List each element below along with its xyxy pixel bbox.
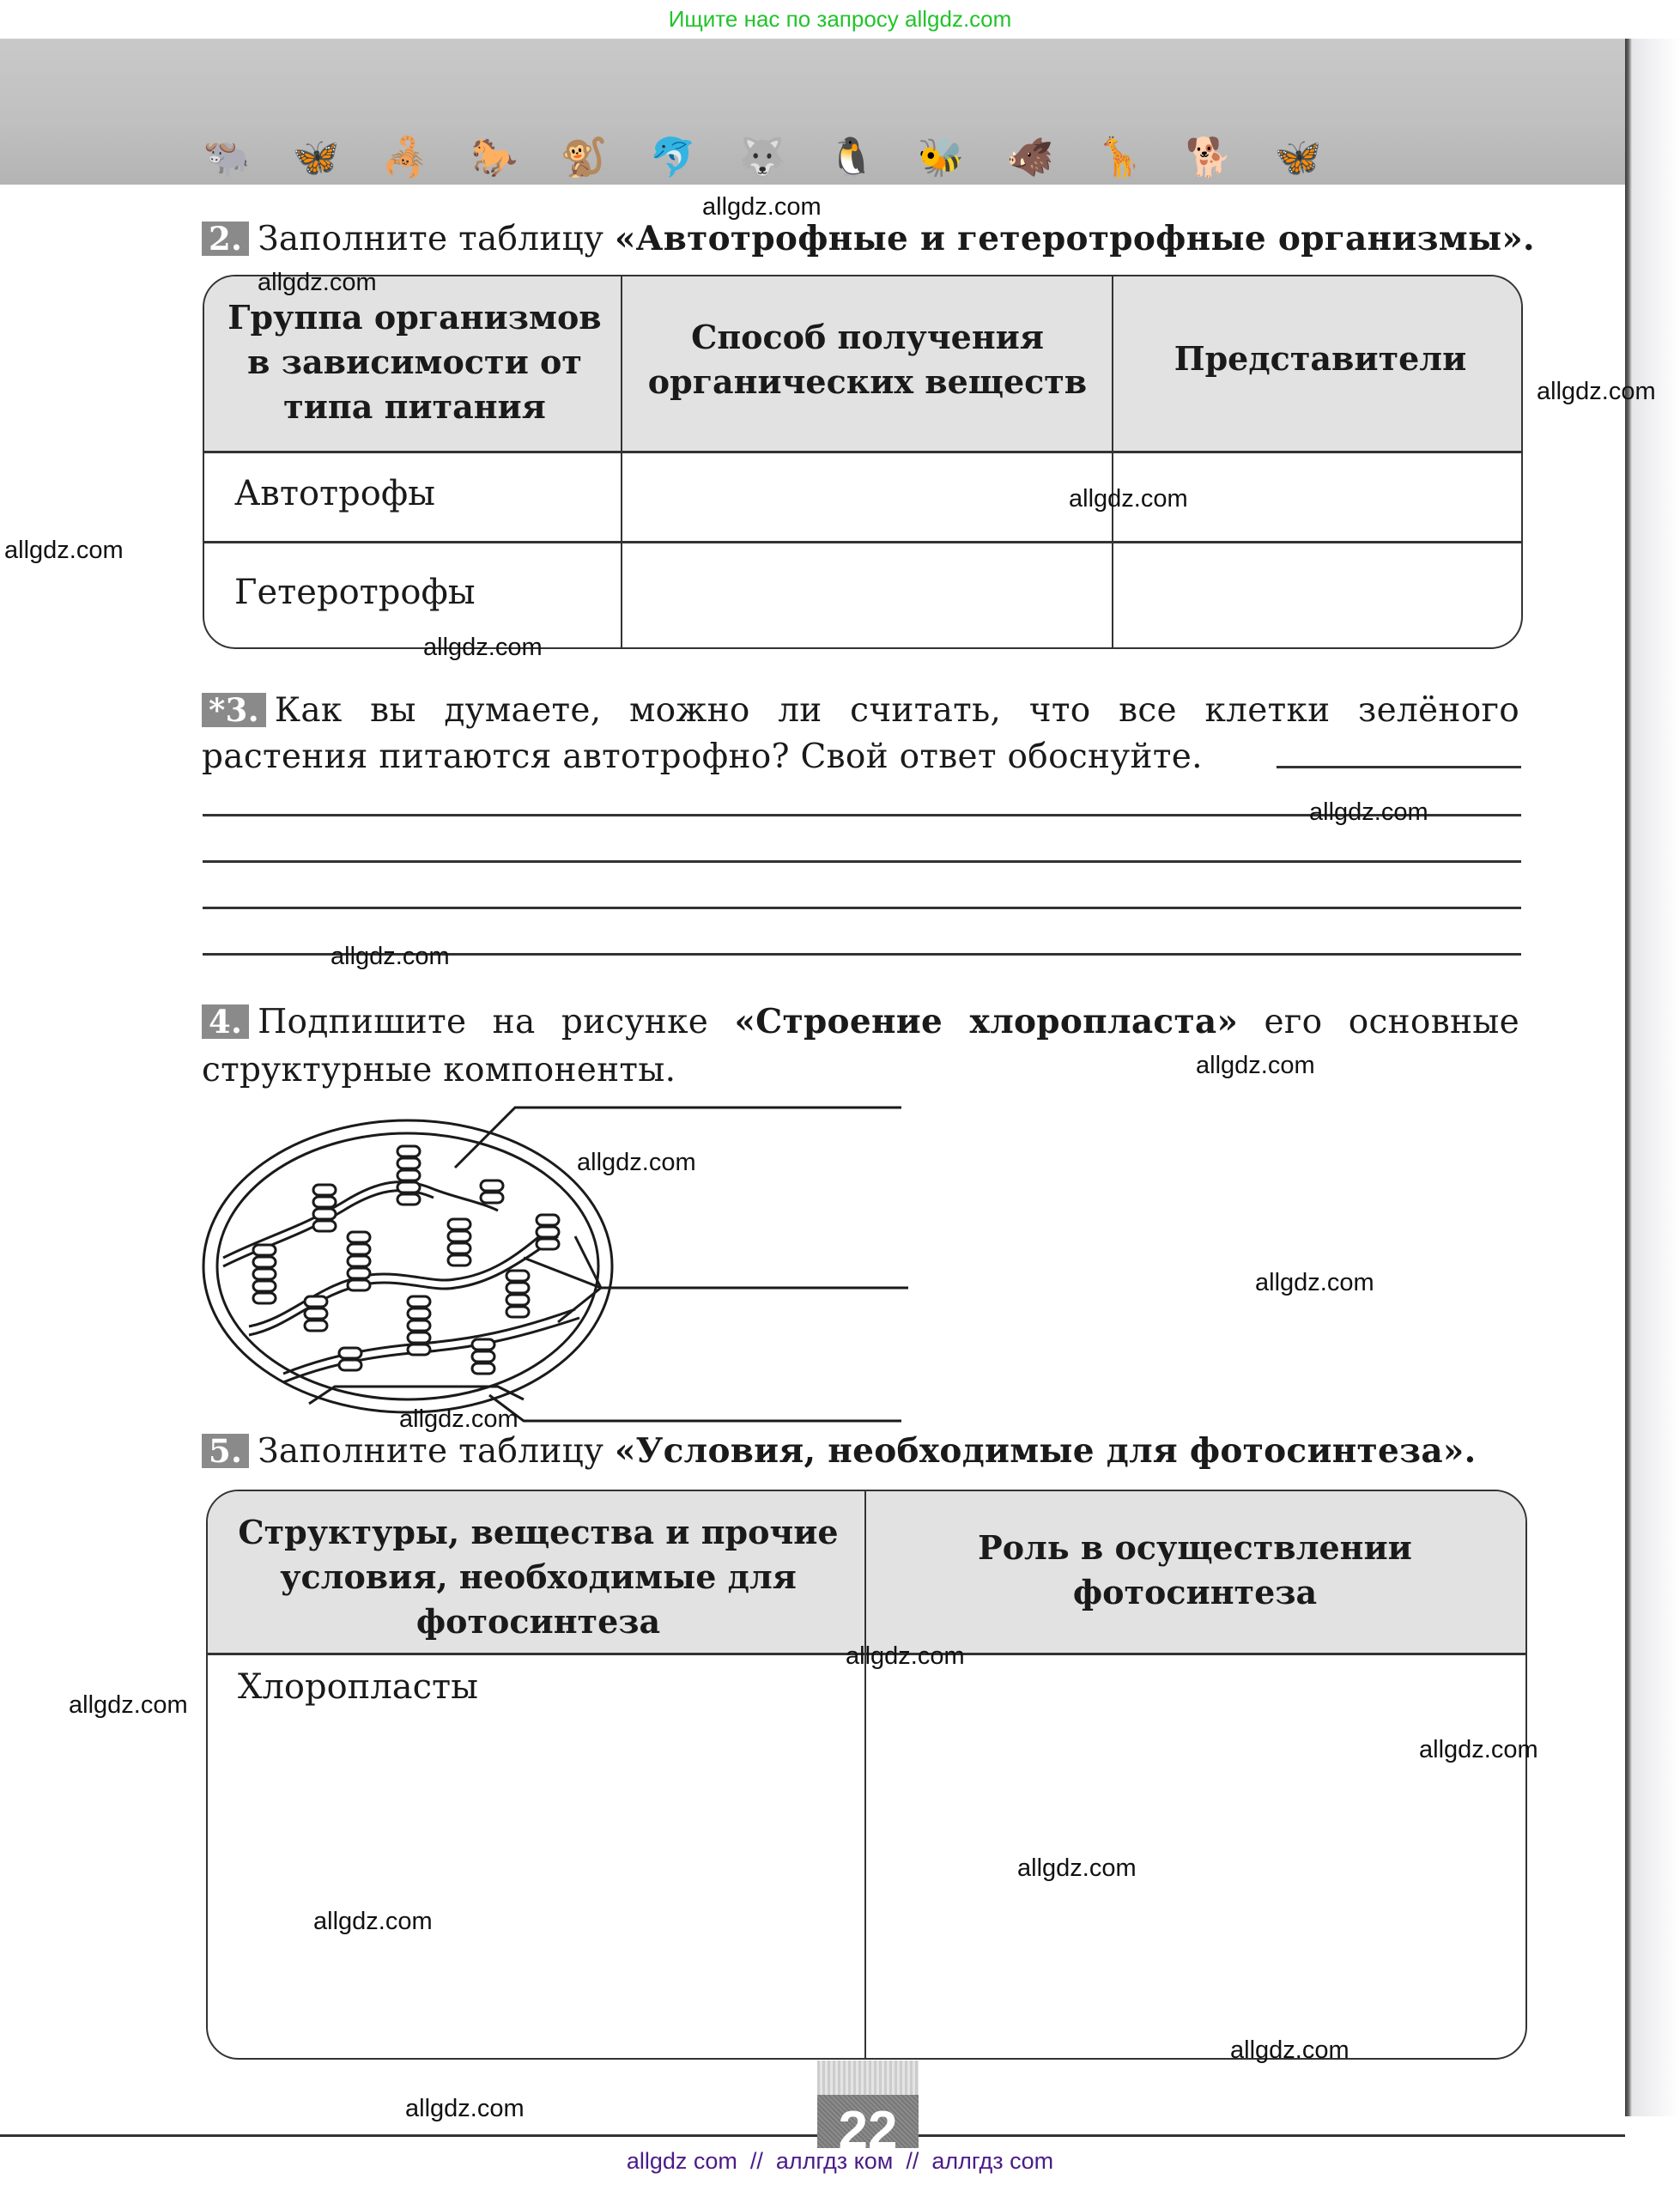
task-2-heading: 2.Заполните таблицу «Автотрофные и гетер…: [202, 215, 1535, 264]
row-label: Гетеротрофы: [234, 573, 476, 612]
watermark: allgdz.com: [258, 269, 377, 297]
footer-links[interactable]: allgdz com // аллгдз ком // аллгдз com: [0, 2148, 1680, 2175]
watermark: allgdz.com: [1309, 798, 1428, 827]
watermark: allgdz.com: [313, 1908, 433, 1936]
task-number: *3.: [202, 693, 266, 727]
watermark: allgdz.com: [1230, 2036, 1349, 2065]
task-title: «Условия, необходимые для фотосинтеза».: [615, 1431, 1476, 1471]
watermark: allgdz.com: [577, 1149, 696, 1177]
bison-icon: 🐃: [202, 135, 252, 179]
answer-line[interactable]: [203, 907, 1521, 909]
answer-line[interactable]: [203, 860, 1521, 863]
grana: [253, 1146, 559, 1374]
book-spine: [1625, 39, 1680, 2116]
watermark: allgdz.com: [331, 943, 450, 971]
horse-icon: 🐎: [470, 135, 519, 179]
column-header: Представители: [1119, 337, 1522, 381]
penguin-icon: 🐧: [827, 135, 876, 179]
watermark: allgdz.com: [1196, 1052, 1315, 1080]
watermark: allgdz.com: [1419, 1736, 1538, 1764]
row-label: Хлоропласты: [238, 1667, 478, 1707]
role-cell[interactable]: [869, 1659, 1521, 2054]
watermark: allgdz.com: [1537, 378, 1656, 406]
giraffe-icon: 🦒: [1095, 135, 1144, 179]
column-header: Способ получения органических веществ: [634, 315, 1101, 404]
boar-icon: 🐗: [1005, 135, 1055, 179]
bee-icon: 🐝: [916, 135, 966, 179]
header-band: 🐃 🦋 🦂 🐎 🐒 🐬 🐺 🐧 🐝 🐗 🦒 🐕 🦋: [0, 39, 1625, 185]
watermark: allgdz.com: [1069, 485, 1188, 513]
column-header: Группа организмов в зависимости от типа …: [213, 295, 616, 429]
autotroph-method-cell[interactable]: [625, 453, 1110, 539]
butterfly-icon: 🦋: [1273, 135, 1323, 179]
task-5-heading: 5.Заполните таблицу «Условия, необходимы…: [202, 1427, 1476, 1476]
bottom-rule: [0, 2134, 1625, 2137]
search-banner: Ищите нас по запросу allgdz.com: [0, 0, 1680, 39]
conditions-cell[interactable]: [208, 1723, 860, 2054]
task-number: 5.: [202, 1434, 249, 1468]
watermark: allgdz.com: [423, 634, 543, 662]
dog-icon: 🐕: [1184, 135, 1234, 179]
answer-line[interactable]: [1277, 766, 1521, 768]
scorpion-icon: 🦂: [380, 135, 430, 179]
animal-silhouettes: 🐃 🦋 🦂 🐎 🐒 🐬 🐺 🐧 🐝 🐗 🦒 🐕 🦋: [202, 135, 1323, 179]
task-title: «Автотрофные и гетеротрофные организмы».: [615, 219, 1535, 258]
watermark: allgdz.com: [405, 2095, 525, 2123]
page-number-tab: [817, 2061, 919, 2095]
watermark: allgdz.com: [4, 537, 124, 565]
photosynthesis-table: Структуры, вещества и прочие условия, не…: [206, 1490, 1527, 2060]
dolphin-icon: 🐬: [648, 135, 698, 179]
label-field-outer-membrane[interactable]: [515, 1073, 901, 1104]
column-header: Структуры, вещества и прочие условия, не…: [216, 1510, 860, 1644]
wolf-icon: 🐺: [737, 135, 787, 179]
label-field-stroma[interactable]: [515, 1387, 901, 1417]
heterotroph-examples-cell[interactable]: [1116, 544, 1519, 646]
label-field-grana[interactable]: [610, 1253, 910, 1284]
watermark: allgdz.com: [702, 193, 822, 222]
watermark: allgdz.com: [69, 1691, 188, 1720]
column-header: Роль в осуществлении фотосинтеза: [929, 1526, 1461, 1615]
butterfly-icon: 🦋: [291, 135, 341, 179]
task-number: 4.: [202, 1004, 249, 1039]
watermark: allgdz.com: [1255, 1269, 1374, 1297]
page-number: 22: [817, 2095, 919, 2148]
row-label: Автотрофы: [234, 474, 435, 513]
heterotroph-method-cell[interactable]: [625, 544, 1110, 646]
watermark: allgdz.com: [846, 1642, 965, 1671]
watermark: allgdz.com: [399, 1405, 519, 1434]
watermark: allgdz.com: [1017, 1854, 1137, 1883]
task-number: 2.: [202, 222, 249, 256]
autotroph-table: Группа организмов в зависимости от типа …: [203, 275, 1523, 649]
monkey-icon: 🐒: [559, 135, 609, 179]
